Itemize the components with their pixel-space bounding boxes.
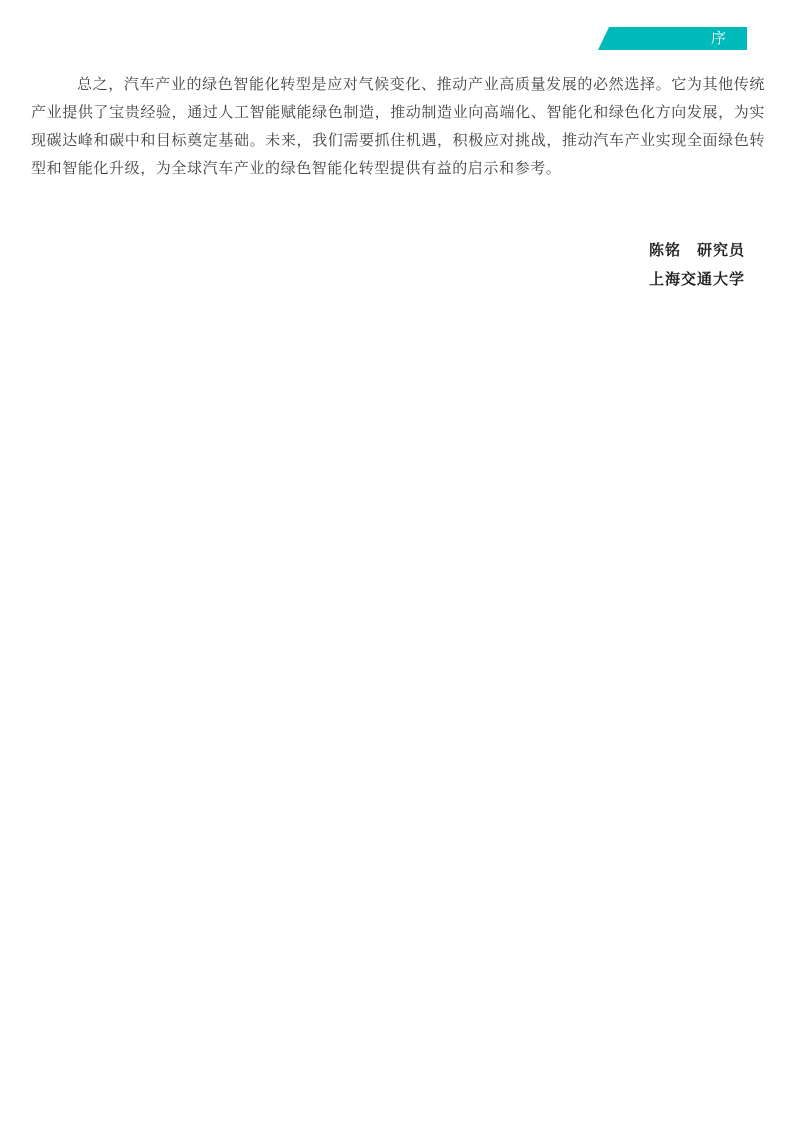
signature-block: 陈铭 研究员 上海交通大学 [0, 236, 745, 294]
section-banner: 序 [598, 27, 747, 50]
signature-affiliation: 上海交通大学 [0, 265, 745, 294]
signature-author: 陈铭 研究员 [0, 236, 745, 265]
preface-paragraph: 总之，汽车产业的绿色智能化转型是应对气候变化、推动产业高质量发展的必然选择。它为… [31, 71, 765, 183]
document-page: 序 总之，汽车产业的绿色智能化转型是应对气候变化、推动产业高质量发展的必然选择。… [0, 0, 793, 1122]
section-banner-label: 序 [711, 30, 727, 47]
